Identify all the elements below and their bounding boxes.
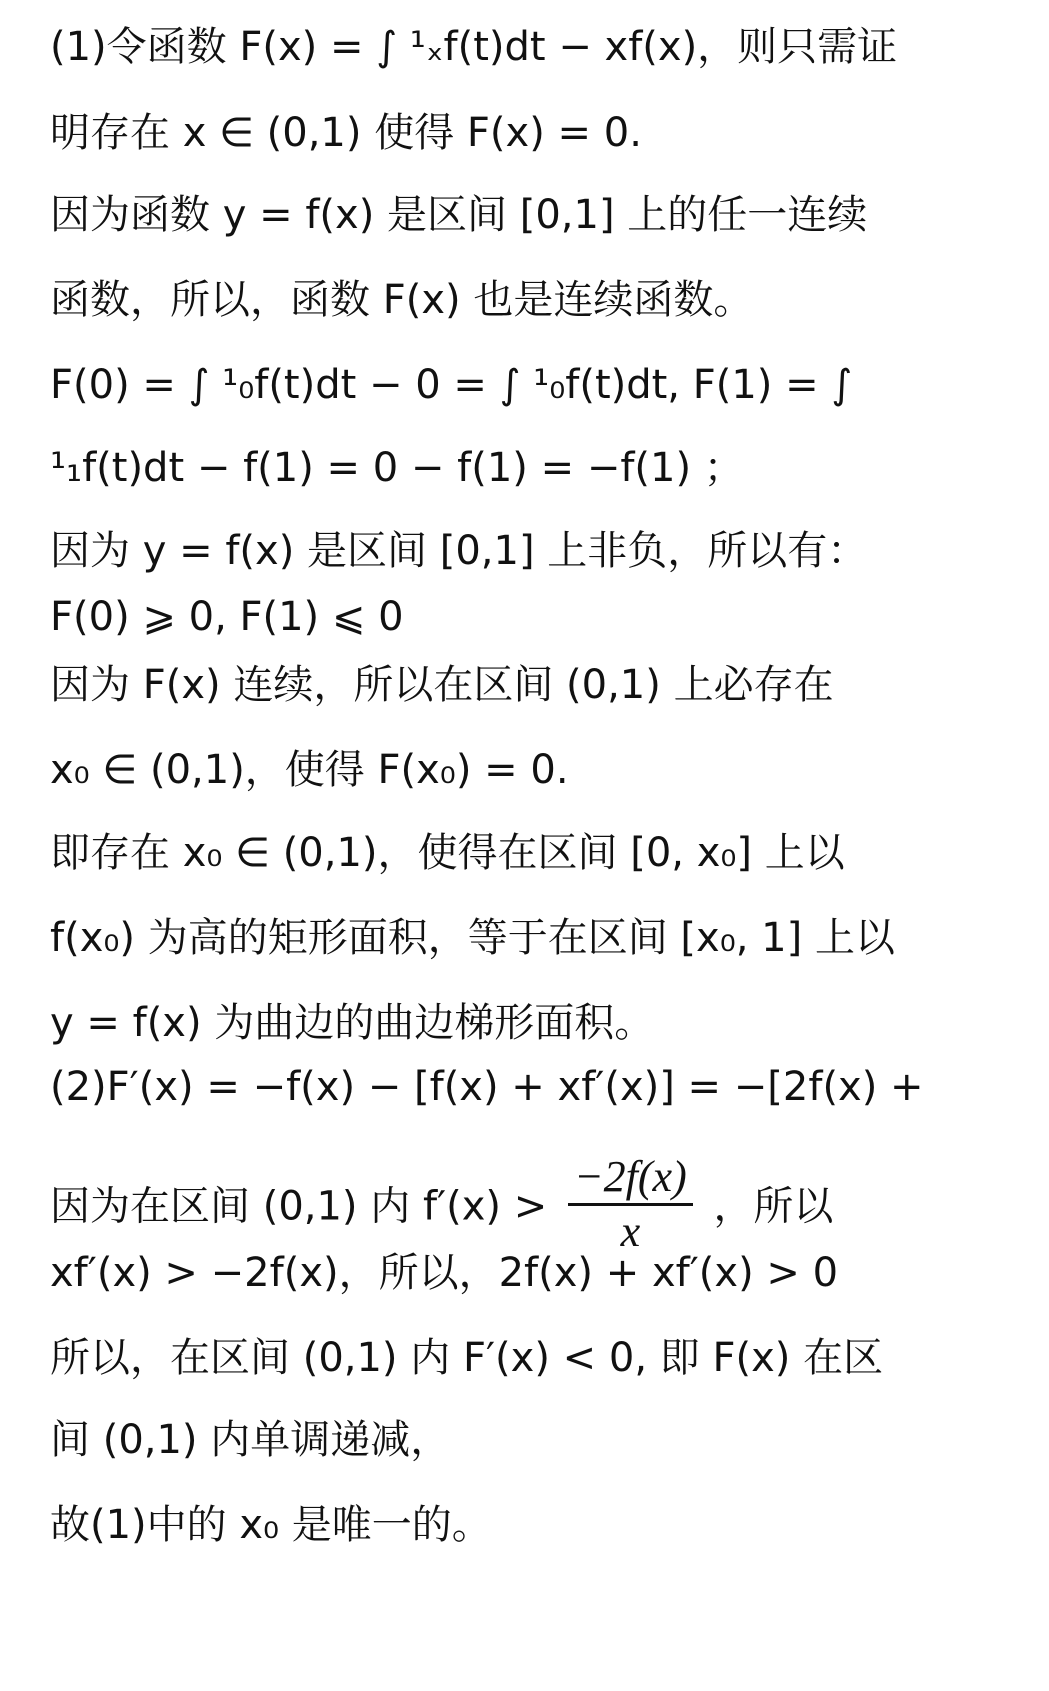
line-geometric-1: 即存在 x₀ ∈ (0,1)，使得在区间 [0, x₀] 上以 (50, 828, 845, 878)
line-ivt-2: x₀ ∈ (0,1)，使得 F(x₀) = 0. (50, 745, 569, 795)
line-endpoint-values-2: ¹₁f(t)dt − f(1) = 0 − f(1) = −f(1) ； (50, 443, 744, 493)
line-continuity-1: 因为函数 y = f(x) 是区间 [0,1] 上的任一连续 (50, 190, 867, 240)
line-ivt-1: 因为 F(x) 连续，所以在区间 (0,1) 上必存在 (50, 660, 834, 710)
line-continuity-2: 函数，所以，函数 F(x) 也是连续函数。 (50, 275, 753, 325)
line-part1-intro: (1)令函数 F(x) = ∫ ¹ₓf(t)dt − xf(x)，则只需证 (50, 22, 897, 72)
line-endpoint-values-1: F(0) = ∫ ¹₀f(t)dt − 0 = ∫ ¹₀f(t)dt, F(1)… (50, 360, 852, 410)
condition-text: 因为在区间 (0,1) 内 f′(x) > (50, 1184, 547, 1230)
solution-document: (1)令函数 F(x) = ∫ ¹ₓf(t)dt − xf(x)，则只需证 明存… (0, 0, 1049, 1691)
line-nonnegative: 因为 y = f(x) 是区间 [0,1] 上非负，所以有： (50, 526, 867, 576)
fraction-numerator: −2f(x) (568, 1151, 693, 1206)
fraction: −2f(x) x (568, 1151, 693, 1258)
line-part2-derivative: (2)F′(x) = −f(x) − [f(x) + xf′(x)] = −[2… (50, 1062, 924, 1112)
line-part1-goal: 明存在 x ∈ (0,1) 使得 F(x) = 0. (50, 108, 642, 158)
condition-suffix: ，所以 (713, 1184, 833, 1230)
line-conclusion: 故(1)中的 x₀ 是唯一的。 (50, 1500, 492, 1550)
line-part2-monotone-2: 间 (0,1) 内单调递减， (50, 1415, 450, 1465)
line-part2-condition: 因为在区间 (0,1) 内 f′(x) > −2f(x) x ，所以 (50, 1155, 833, 1262)
line-part2-monotone-1: 所以，在区间 (0,1) 内 F′(x) < 0, 即 F(x) 在区 (50, 1333, 883, 1383)
line-inequalities: F(0) ⩾ 0, F(1) ⩽ 0 (50, 592, 404, 642)
line-geometric-2: f(x₀) 为高的矩形面积，等于在区间 [x₀, 1] 上以 (50, 913, 895, 963)
line-part2-inequality: xf′(x) > −2f(x)，所以，2f(x) + xf′(x) > 0 (50, 1248, 838, 1298)
line-geometric-3: y = f(x) 为曲边的曲边梯形面积。 (50, 998, 654, 1048)
